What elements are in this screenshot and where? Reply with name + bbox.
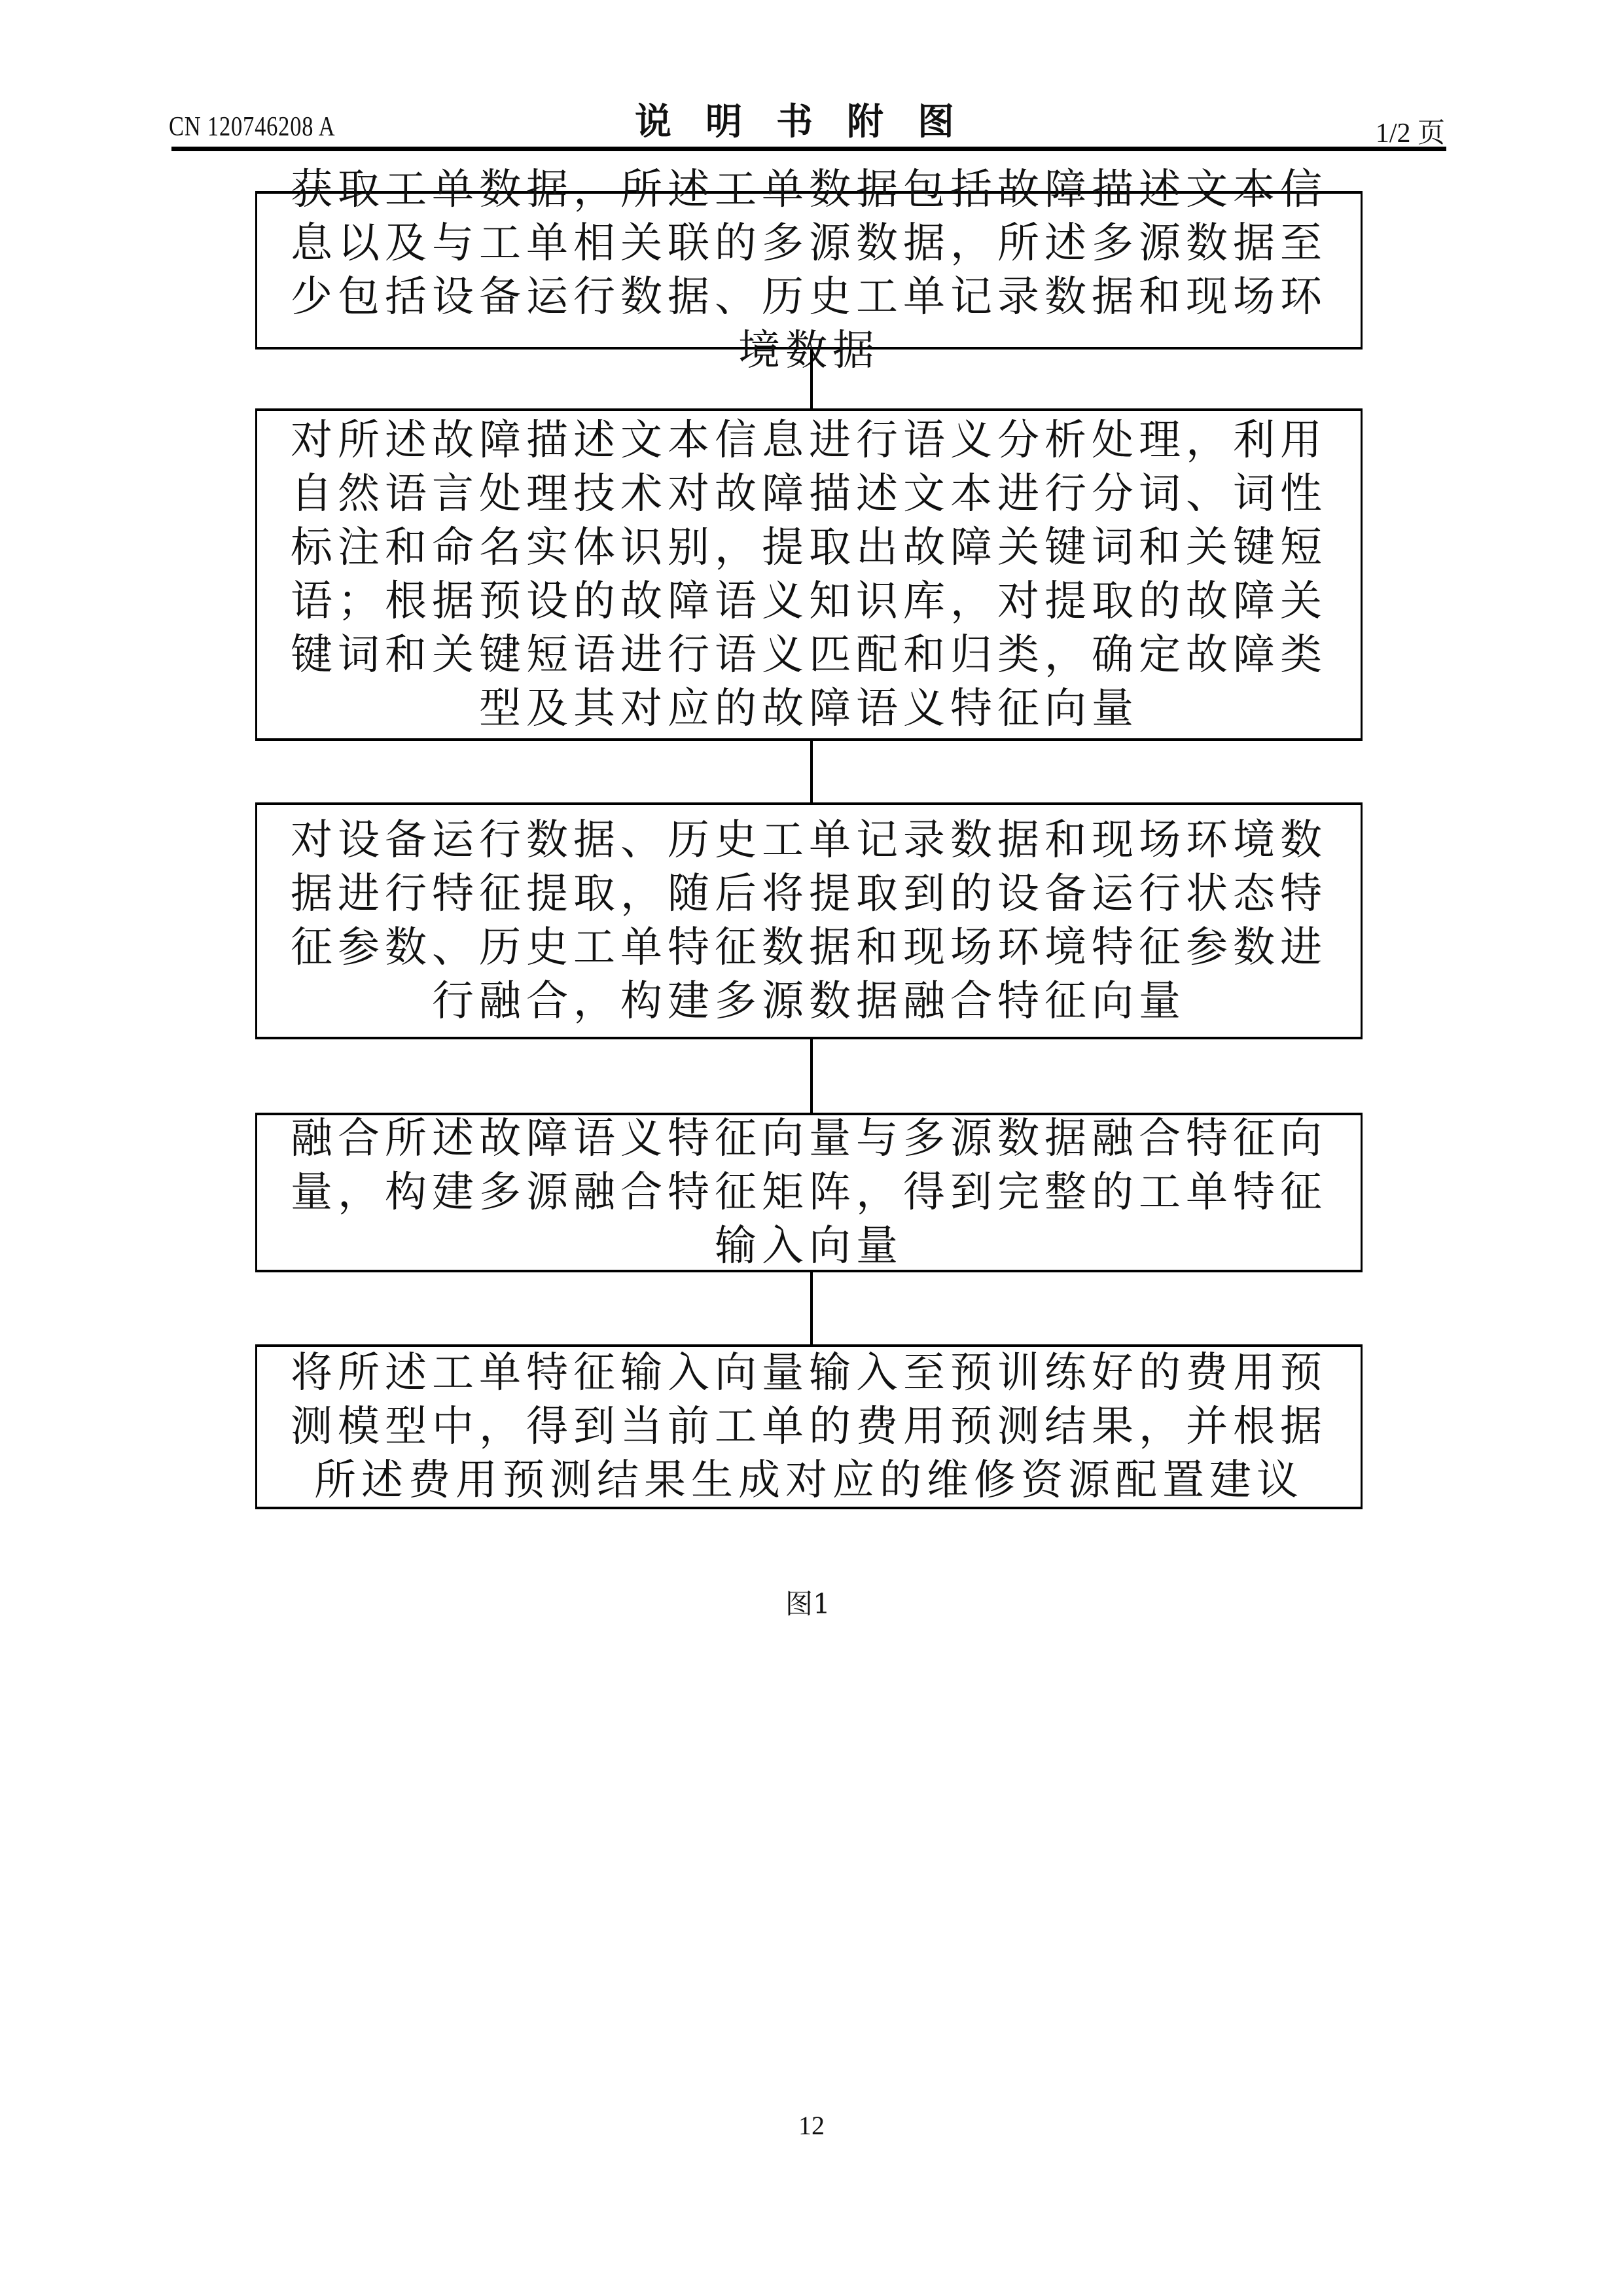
flow-step-3: 对设备运行数据、历史工单记录数据和现场环境数据进行特征提取，随后将提取到的设备运… [255, 802, 1363, 1039]
flow-connector [810, 1272, 813, 1344]
flow-step-text: 融合所述故障语义特征向量与多源数据融合特征向量，构建多源融合特征矩阵，得到完整的… [283, 1112, 1334, 1273]
flow-step-5: 将所述工单特征输入向量输入至预训练好的费用预测模型中，得到当前工单的费用预测结果… [255, 1344, 1363, 1509]
flow-step-4: 融合所述故障语义特征向量与多源数据融合特征向量，构建多源融合特征矩阵，得到完整的… [255, 1113, 1363, 1272]
flow-step-2: 对所述故障描述文本信息进行语义分析处理，利用自然语言处理技术对故障描述文本进行分… [255, 408, 1363, 741]
page-count: 1/2 页 [1376, 111, 1445, 151]
flow-step-1: 获取工单数据，所述工单数据包括故障描述文本信息以及与工单相关联的多源数据，所述多… [255, 191, 1363, 350]
flow-step-text: 对设备运行数据、历史工单记录数据和现场环境数据进行特征提取，随后将提取到的设备运… [283, 814, 1334, 1028]
flow-step-text: 获取工单数据，所述工单数据包括故障描述文本信息以及与工单相关联的多源数据，所述多… [283, 163, 1334, 378]
page-number: 12 [798, 2110, 825, 2141]
flow-step-text: 对所述故障描述文本信息进行语义分析处理，利用自然语言处理技术对故障描述文本进行分… [283, 414, 1334, 736]
flow-connector [810, 741, 813, 802]
flow-step-text: 将所述工单特征输入向量输入至预训练好的费用预测模型中，得到当前工单的费用预测结果… [283, 1346, 1334, 1507]
flow-connector [810, 1039, 813, 1113]
flow-connector [810, 350, 813, 408]
figure-caption: 图1 [785, 1583, 830, 1622]
page-title: 说明书附图 [635, 93, 988, 145]
publication-number: CN 120746208 A [169, 111, 335, 143]
header-divider [171, 147, 1446, 151]
